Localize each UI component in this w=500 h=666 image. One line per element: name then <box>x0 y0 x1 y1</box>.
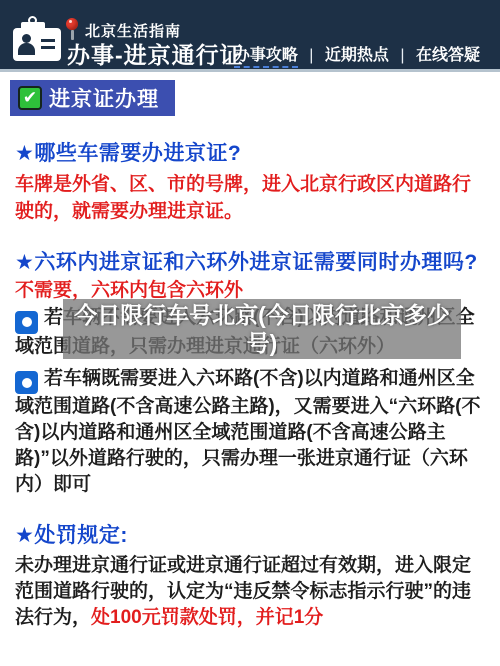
bullet-text: 若车辆不需要进入六环路(不含)以内道路和通州区全域范围道路，只需办理进京通行证（… <box>15 307 475 357</box>
page-title: 办事-进京通行证 <box>67 37 244 70</box>
header: 北京生活指南 办事-进京通行证 办事攻略 | 近期热点 | 在线答疑 <box>0 0 500 72</box>
penalty-text-red: 处100元罚款处罚，并记1分 <box>91 607 323 628</box>
bullet-item: 若车辆不需要进入六环路(不含)以内道路和通州区全域范围道路，只需办理进京通行证（… <box>15 305 485 360</box>
bullet-text: 若车辆既需要进入六环路(不含)以内道路和通州区全域范围道路(不含高速公路主路)，… <box>15 368 480 496</box>
section-heading-ring-roads: ★六环内进京证和六环外进京证需要同时办理吗? <box>15 251 485 275</box>
page-root: 北京生活指南 办事-进京通行证 办事攻略 | 近期热点 | 在线答疑 ✔ 进京证… <box>0 0 500 666</box>
check-icon: ✔ <box>18 86 42 110</box>
section-body-which-cars: 车牌是外省、区、市的号牌，进入北京行政区内道路行驶的，就需要办理进京证。 <box>15 171 485 225</box>
nav-item-hot[interactable]: 近期热点 <box>325 47 389 64</box>
badge-label: 进京证办理 <box>49 83 159 113</box>
content: ✔ 进京证办理 ★哪些车需要办进京证? 车牌是外省、区、市的号牌，进入北京行政区… <box>0 72 500 631</box>
section-answer-ring-roads: 不需要，六环内包含六环外 <box>15 277 485 304</box>
nav-item-guide[interactable]: 办事攻略 <box>234 47 298 68</box>
section-body-penalty: 未办理进京通行证或进京通行证超过有效期，进入限定范围道路行驶的，认定为“违反禁令… <box>15 553 485 631</box>
id-card-icon <box>13 16 61 64</box>
nav-separator: | <box>400 47 404 64</box>
bullet-item: 若车辆既需要进入六环路(不含)以内道路和通州区全域范围道路(不含高速公路主路)，… <box>15 366 485 499</box>
section-heading-penalty: ★处罚规定: <box>15 524 485 548</box>
bullet-dot-icon <box>15 311 38 334</box>
entry-permit-badge[interactable]: ✔ 进京证办理 <box>10 80 175 116</box>
nav-item-qa[interactable]: 在线答疑 <box>416 47 480 64</box>
nav-separator: | <box>309 47 313 64</box>
bullet-dot-icon <box>15 371 38 394</box>
section-heading-which-cars: ★哪些车需要办进京证? <box>15 142 485 166</box>
header-nav: 办事攻略 | 近期热点 | 在线答疑 <box>234 42 480 65</box>
